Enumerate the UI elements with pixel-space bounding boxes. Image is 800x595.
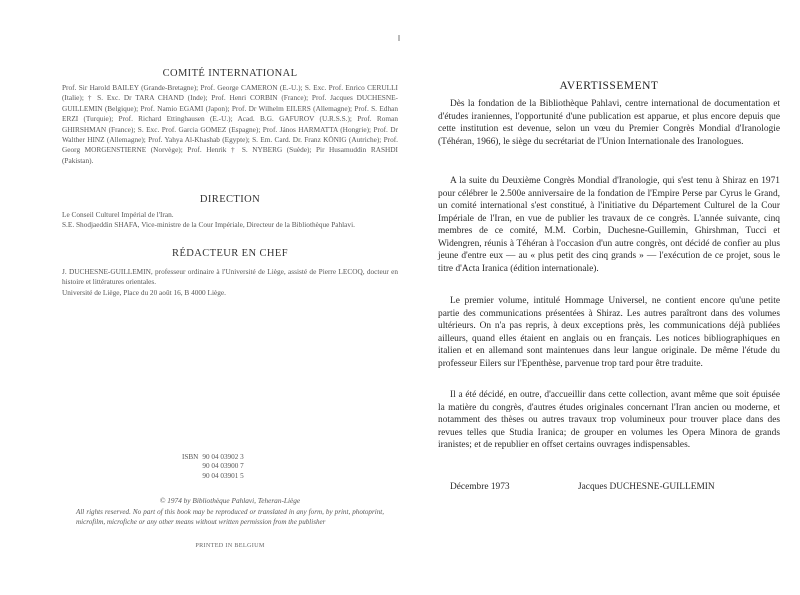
isbn-label: ISBN [182, 453, 198, 481]
comite-international-heading: COMITÉ INTERNATIONAL [62, 68, 398, 79]
avertissement-heading: AVERTISSEMENT [438, 80, 780, 92]
direction-line: Le Conseil Culturel Impérial de l'Iran. [62, 210, 398, 220]
direction-line: S.E. Shodjaeddin SHAFA, Vice-ministre de… [62, 220, 398, 230]
avertissement-paragraph: A la suite du Deuxième Congrès Mondial d… [438, 175, 780, 275]
comite-members-text: Prof. Sir Harold BAILEY (Grande-Bretagne… [62, 83, 398, 166]
rights-reserved-notice: All rights reserved. No part of this boo… [76, 508, 384, 527]
paragraph-text: A la suite du Deuxième Congrès Mondial d… [438, 175, 780, 275]
redacteur-body: J. DUCHESNE-GUILLEMIN, professeur ordina… [62, 267, 398, 298]
direction-body: Le Conseil Culturel Impérial de l'Iran. … [62, 210, 398, 231]
printed-in-notice: PRINTED IN BELGIUM [62, 542, 398, 549]
isbn-number: 90 04 03902 3 [202, 453, 243, 462]
avertissement-paragraph: Dès la fondation de la Bibliothèque Pahl… [438, 98, 780, 148]
redacteur-line: J. DUCHESNE-GUILLEMIN, professeur ordina… [62, 267, 398, 288]
isbn-number: 90 04 03901 5 [202, 472, 243, 481]
copyright-notice: © 1974 by Bibliothèque Pahlavi, Teheran-… [62, 496, 398, 505]
paragraph-text: Dès la fondation de la Bibliothèque Pahl… [438, 98, 780, 148]
avertissement-paragraph: Il a été décidé, en outre, d'accueillir … [438, 389, 780, 452]
avertissement-paragraph: Le premier volume, intitulé Hommage Univ… [438, 295, 780, 370]
comite-members-list: Prof. Sir Harold BAILEY (Grande-Bretagne… [62, 83, 398, 166]
direction-heading: DIRECTION [62, 194, 398, 205]
paragraph-text: Il a été décidé, en outre, d'accueillir … [438, 389, 780, 452]
signature-date: Décembre 1973 [450, 482, 510, 492]
redacteur-en-chef-heading: RÉDACTEUR EN CHEF [62, 248, 398, 259]
signature-name: Jacques DUCHESNE-GUILLEMIN [578, 482, 715, 492]
page-gutter-mark [398, 35, 400, 41]
isbn-block: ISBN 90 04 03902 3 90 04 03900 7 90 04 0… [182, 453, 244, 481]
redacteur-line: Université de Liège, Place du 20 août 16… [62, 288, 398, 298]
paragraph-text: Le premier volume, intitulé Hommage Univ… [438, 295, 780, 370]
isbn-number: 90 04 03900 7 [202, 462, 243, 471]
